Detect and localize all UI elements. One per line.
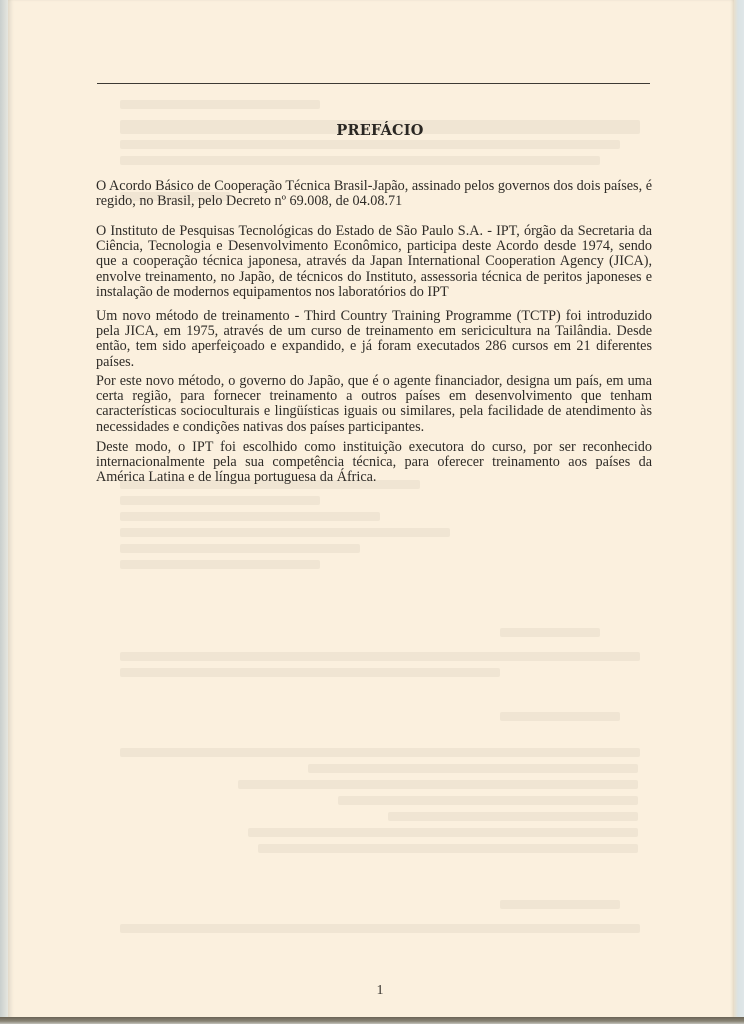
paragraph-5: Deste modo, o IPT foi escolhido como ins… xyxy=(96,440,652,486)
paragraph-3: Um novo método de treinamento - Third Co… xyxy=(96,309,652,370)
document-page: PREFÁCIO O Acordo Básico de Cooperação T… xyxy=(8,0,734,1019)
paragraph-4: Por este novo método, o governo do Japão… xyxy=(96,374,652,435)
header-rule xyxy=(97,83,650,84)
paragraph-2: O Instituto de Pesquisas Tecnológicas do… xyxy=(96,224,652,300)
scan-right-edge xyxy=(734,0,744,1024)
page-number: 1 xyxy=(8,983,744,999)
paragraph-1: O Acordo Básico de Cooperação Técnica Br… xyxy=(96,179,652,209)
page-title: PREFÁCIO xyxy=(8,122,744,139)
scan-bottom-edge xyxy=(0,1017,744,1024)
scan-left-edge xyxy=(0,0,8,1024)
